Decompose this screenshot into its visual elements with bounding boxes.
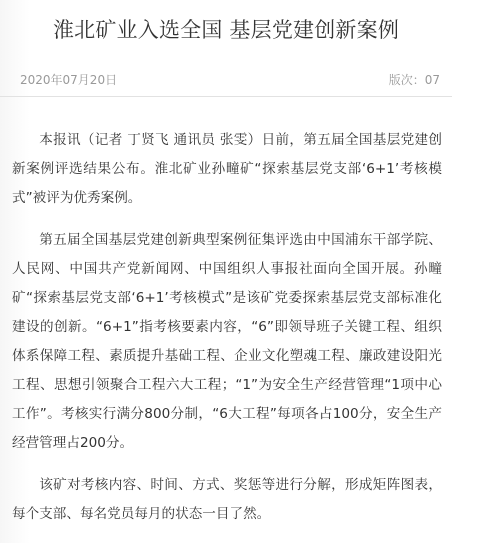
article-body: 本报讯（记者 丁贤飞 通讯员 张雯）日前，第五届全国基层党建创新案例评选结果公布… [12,126,442,542]
article-meta: 2020年07月20日 版次：07 [20,71,440,87]
divider [0,96,452,97]
article-title: 淮北矿业入选全国 基层党建创新案例 [0,14,452,44]
publish-date: 2020年07月20日 [20,71,117,88]
paragraph: 第五届全国基层党建创新典型案例征集评选由中国浦东干部学院、人民网、中国共产党新闻… [12,226,442,458]
paragraph: 该矿对考核内容、时间、方式、奖惩等进行分解，形成矩阵图表，每个支部、每名党员每月… [12,471,442,529]
edition-number: 版次：07 [389,71,440,88]
paragraph: 本报讯（记者 丁贤飞 通讯员 张雯）日前，第五届全国基层党建创新案例评选结果公布… [12,126,442,213]
